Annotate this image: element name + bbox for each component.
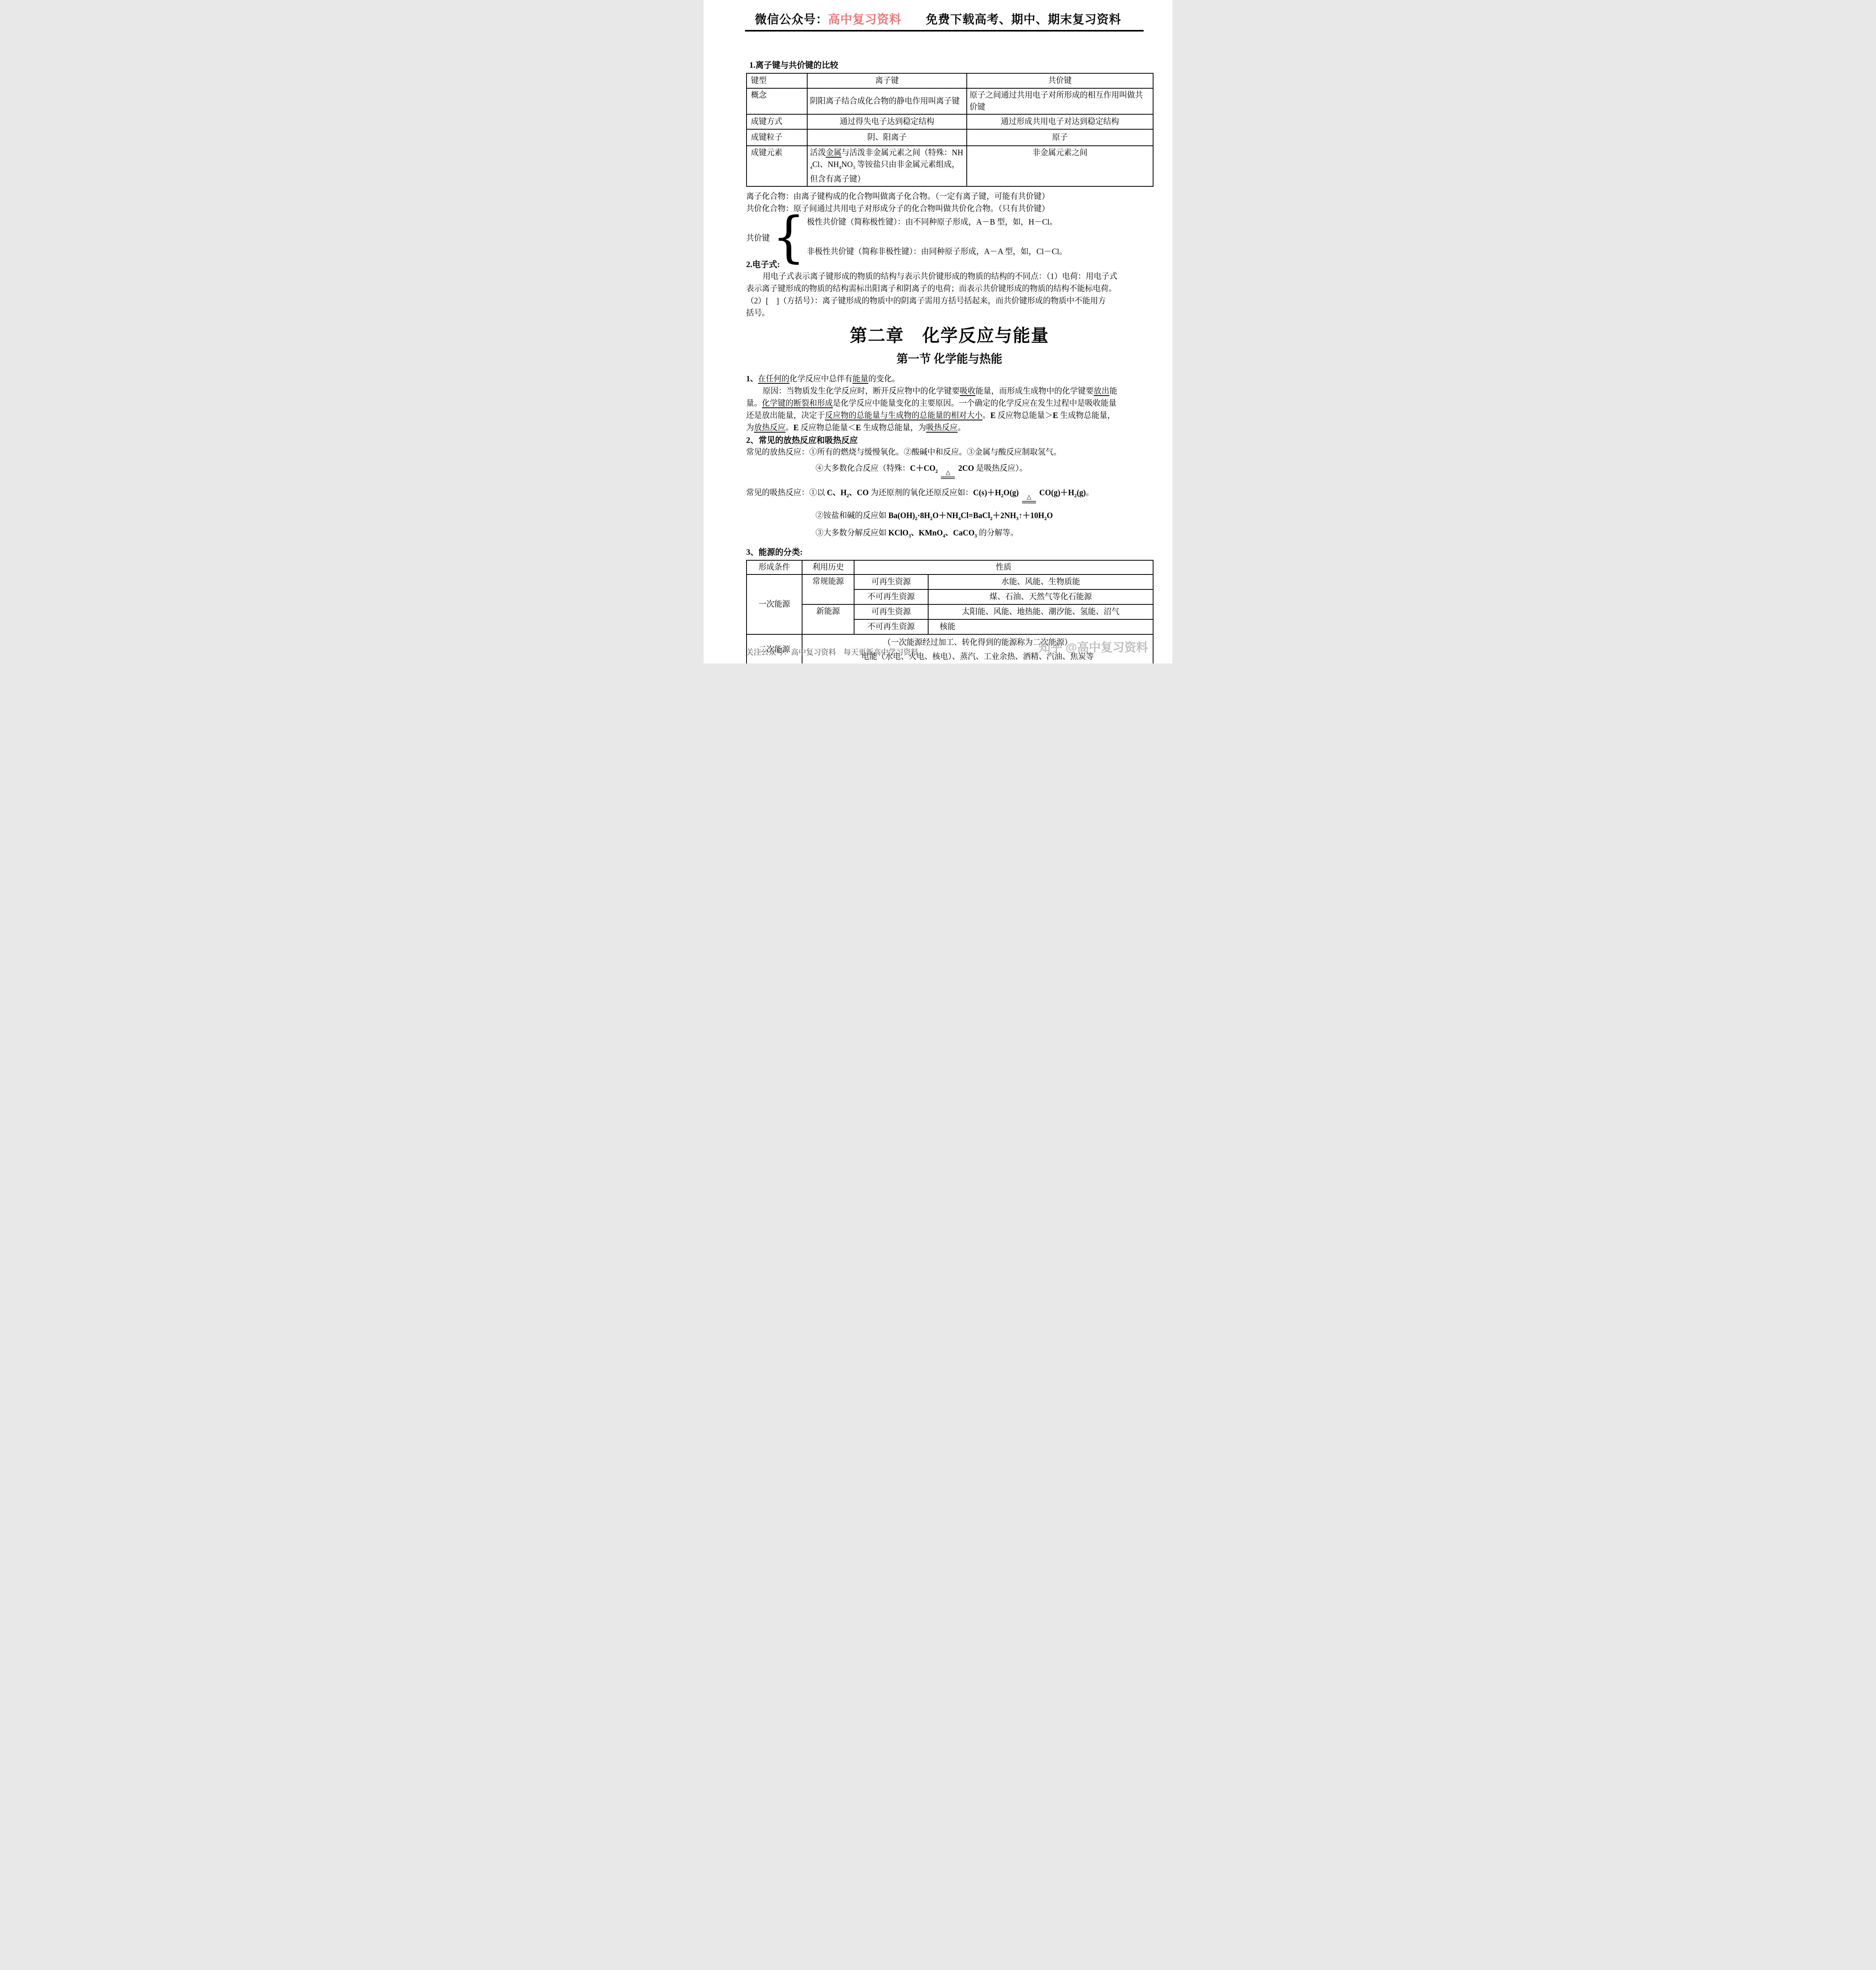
footer-note: 关注公众号：高中复习资料 每天更新高中学习资料 xyxy=(746,647,918,657)
t2-conventional-energy: 常规能源 xyxy=(802,574,854,604)
t1-way-label: 成键方式 xyxy=(747,114,807,129)
bond-comparison-table: 键型 离子键 共价键 概念 阴阳离子结合成化合物的静电作用叫离子键 原子之间通过… xyxy=(746,73,1153,187)
t1-element-label: 成键元素 xyxy=(747,146,807,186)
t2-row-new-renewable: 新能源 可再生资源 太阳能、风能、地热能、潮汐能、氢能、沼气 xyxy=(747,604,1153,619)
t1-element-ionic: 活泼金属与活泼非金属元素之间（特殊：NH4Cl、NH4NO3 等铵盐只由非金属元… xyxy=(807,146,967,186)
brace-lines: 极性共价键（简称极性键）：由不同种原子形成，A－B 型，如，H－Cl。 非极性共… xyxy=(807,216,1067,258)
electron-formula-line-2: 表示离子键形成的物质的结构需标出阳离子和阴离子的电荷；而表示共价键形成的物质的结… xyxy=(746,283,1153,295)
section-title: 第一节 化学能与热能 xyxy=(746,352,1153,367)
t2-row-conventional-renewable: 一次能源 常规能源 可再生资源 水能、风能、生物质能 xyxy=(747,574,1153,589)
t1-covalent-header: 共价键 xyxy=(967,73,1153,88)
header-promo-text: 免费下载高考、期中、期末复习资料 xyxy=(901,13,1121,26)
electron-formula-line-1: 用电子式表示离子键形成的物质的结构与表示共价键形成的物质的结构的不同点：（1）电… xyxy=(746,271,1153,283)
energy-paragraph-line-3: 还是放出能量，决定于反应物的总能量与生成物的总能量的相对大小。E 反应物总能量＞… xyxy=(746,410,1153,422)
table-row-header: 键型 离子键 共价键 xyxy=(747,73,1153,88)
zhihu-watermark: 知乎 @高中复习资料 xyxy=(1038,637,1148,655)
t1-concept-ionic: 阴阳离子结合成化合物的静电作用叫离子键 xyxy=(807,88,967,114)
header-brand: 高中复习资料 xyxy=(828,13,901,26)
header-divider xyxy=(745,30,1144,32)
t1-bond-type-header: 键型 xyxy=(747,73,807,88)
left-brace-icon: { xyxy=(772,217,805,257)
t2-header-condition: 形成条件 xyxy=(747,560,802,574)
t2-value-nuclear: 核能 xyxy=(928,619,1153,634)
polar-bond-line: 极性共价键（简称极性键）：由不同种原子形成，A－B 型，如，H－Cl。 xyxy=(807,216,1067,229)
t1-way-ionic: 通过得失电子达到稳定结构 xyxy=(807,114,967,129)
covalent-bond-classification: 共价键 { 极性共价键（简称极性键）：由不同种原子形成，A－B 型，如，H－Cl… xyxy=(746,216,1153,258)
electron-formula-line-4: 括号。 xyxy=(746,307,1153,320)
t2-nonrenewable-2: 不可再生资源 xyxy=(854,619,928,634)
t1-concept-label: 概念 xyxy=(747,88,807,114)
t2-header-history: 利用历史 xyxy=(802,560,854,574)
t2-primary-energy: 一次能源 xyxy=(747,574,802,634)
t2-header-property: 性质 xyxy=(854,560,1153,574)
endothermic-line-2: ②铵盐和碱的反应如 Ba(OH)2·8H2O＋NH4Cl=BaCl2＋2NH3↑… xyxy=(815,510,1153,525)
document-page: 微信公众号：高中复习资料 免费下载高考、期中、期末复习资料 1.离子键与共价键的… xyxy=(704,0,1172,663)
table-row-bond-element: 成键元素 活泼金属与活泼非金属元素之间（特殊：NH4Cl、NH4NO3 等铵盐只… xyxy=(747,146,1153,186)
table-row-bond-particle: 成键粒子 阴、阳离子 原子 xyxy=(747,129,1153,146)
energy-paragraph-line-4: 为放热反应。E 反应物总能量＜E 生成物总能量，为吸热反应。 xyxy=(746,422,1153,434)
exothermic-item-4: ④大多数化合反应（特殊：C＋CO2△＝2CO 是吸热反应）。 xyxy=(815,463,1153,481)
t2-value-solar-etc: 太阳能、风能、地热能、潮汐能、氢能、沼气 xyxy=(928,604,1153,619)
energy-paragraph-line-2: 量。化学键的断裂和形成是化学反应中能量变化的主要原因。一个确定的化学反应在发生过… xyxy=(746,398,1153,410)
exothermic-line: 常见的放热反应：①所有的燃烧与缓慢氧化。②酸碱中和反应。③金属与酸反应制取氢气。 xyxy=(746,446,1153,459)
t1-ionic-header: 离子键 xyxy=(807,73,967,88)
page-header: 微信公众号：高中复习资料 免费下载高考、期中、期末复习资料 xyxy=(731,9,1145,27)
endothermic-line-3: ③大多数分解反应如 KClO3、KMnO4、CaCO3 的分解等。 xyxy=(815,527,1153,542)
t2-renewable-2: 可再生资源 xyxy=(854,604,928,619)
t1-particle-ionic: 阴、阳离子 xyxy=(807,129,967,146)
t2-renewable-1: 可再生资源 xyxy=(854,574,928,589)
t2-nonrenewable-1: 不可再生资源 xyxy=(854,589,928,604)
endothermic-line-1: 常见的吸热反应：①以 C、H2、CO 为还原剂的氧化还原反应如：C(s)＋H2O… xyxy=(746,487,1153,506)
table-row-bond-way: 成键方式 通过得失电子达到稳定结构 通过形成共用电子对达到稳定结构 xyxy=(747,114,1153,129)
t2-header-row: 形成条件 利用历史 性质 xyxy=(747,560,1153,574)
energy-point-3: 3、能源的分类: xyxy=(746,546,1153,558)
content-column: 1.离子键与共价键的比较 键型 离子键 共价键 概念 阴阳离子结合成化合物的静电… xyxy=(746,59,1153,663)
ionic-compound-line: 离子化合物：由离子键构成的化合物叫做离子化合物。（一定有离子键，可能有共价键） xyxy=(746,191,1153,203)
t1-particle-label: 成键粒子 xyxy=(747,129,807,146)
energy-point-2: 2、常见的放热反应和吸热反应 xyxy=(746,434,1153,446)
t2-value-fossil: 煤、石油、天然气等化石能源 xyxy=(928,589,1153,604)
t1-concept-covalent: 原子之间通过共用电子对所形成的相互作用叫做共价键 xyxy=(967,88,1153,114)
brace-label: 共价键 xyxy=(746,232,770,243)
header-prefix: 微信公众号： xyxy=(755,13,828,26)
t2-new-energy: 新能源 xyxy=(802,604,854,634)
energy-point-1: 1、在任何的化学反应中总伴有能量的变化。 xyxy=(746,373,1153,385)
covalent-compound-line: 共价化合物：原子间通过共用电子对形成分子的化合物叫做共价化合物。（只有共价键） xyxy=(746,203,1153,215)
t1-particle-covalent: 原子 xyxy=(967,129,1153,146)
nonpolar-bond-line: 非极性共价键（简称非极性键）：由同种原子形成，A－A 型，如，Cl－Cl。 xyxy=(807,246,1067,258)
t2-value-hydro-wind-bio: 水能、风能、生物质能 xyxy=(928,574,1153,589)
electron-formula-line-3: （2）[ ]（方括号）：离子键形成的物质中的阴离子需用方括号括起来，而共价键形成… xyxy=(746,295,1153,307)
t1-element-covalent: 非金属元素之间 xyxy=(967,146,1153,186)
t1-way-covalent: 通过形成共用电子对达到稳定结构 xyxy=(967,114,1153,129)
energy-paragraph-line-1: 原因：当物质发生化学反应时，断开反应物中的化学键要吸收能量，而形成生成物中的化学… xyxy=(746,385,1153,398)
chapter-title: 第二章 化学反应与能量 xyxy=(746,325,1153,347)
bond-compare-title: 1.离子键与共价键的比较 xyxy=(746,59,1153,71)
electron-formula-title: 2.电子式: xyxy=(746,258,1153,271)
table-row-concept: 概念 阴阳离子结合成化合物的静电作用叫离子键 原子之间通过共用电子对所形成的相互… xyxy=(747,88,1153,114)
